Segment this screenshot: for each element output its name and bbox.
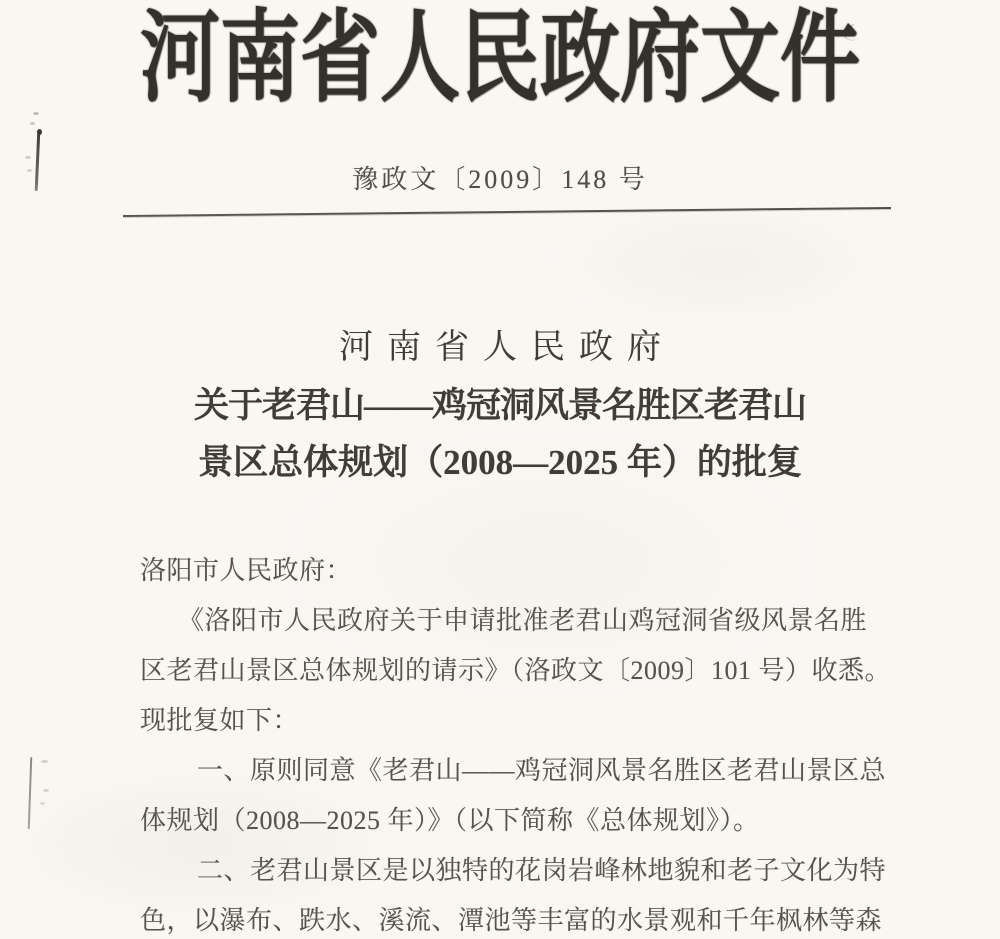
body-line: 《洛阳市人民政府关于申请批准老君山鸡冠洞省级风景名胜 — [140, 596, 890, 646]
scan-speck-artifact — [41, 760, 48, 763]
body-line: 区老君山景区总体规划的请示》（洛政文〔2009〕101 号）收悉。 — [140, 646, 890, 696]
masthead-divider-line — [123, 207, 891, 217]
scan-streak-artifact — [37, 129, 42, 135]
body-line: 体规划（2008—2025 年）》（以下简称《总体规划》）。 — [140, 796, 890, 846]
body-line: 现批复如下： — [140, 696, 890, 746]
body-line: 色，以瀑布、跌水、溪流、潭池等丰富的水景观和千年枫林等森 — [140, 896, 890, 939]
document-body: 洛阳市人民政府： 《洛阳市人民政府关于申请批准老君山鸡冠洞省级风景名胜 区老君山… — [140, 546, 890, 939]
body-line-item-1: 一、原则同意《老君山——鸡冠洞风景名胜区老君山景区总 — [140, 746, 890, 796]
body-line-salutation: 洛阳市人民政府： — [140, 546, 890, 596]
body-line-item-2: 二、老君山景区是以独特的花岗岩峰林地貌和老子文化为特 — [140, 846, 890, 896]
scanned-document-page: 河南省人民政府文件 豫政文〔2009〕148 号 河南省人民政府 关于老君山——… — [0, 0, 1000, 939]
title-subject-line-2: 景区总体规划（2008—2025 年）的批复 — [0, 441, 1000, 485]
scan-speck-artifact — [40, 802, 45, 805]
government-masthead-title: 河南省人民政府文件 — [100, 6, 900, 110]
title-issuing-authority: 河南省人民政府 — [0, 326, 1000, 370]
scan-speck-artifact — [43, 789, 49, 792]
scan-streak-artifact — [28, 757, 33, 829]
document-title-block: 河南省人民政府 关于老君山——鸡冠洞风景名胜区老君山 景区总体规划（2008—2… — [0, 326, 1000, 485]
scan-speck-artifact — [25, 156, 31, 159]
scan-speck-artifact — [30, 122, 35, 125]
scan-speck-artifact — [33, 112, 39, 115]
document-reference-number: 豫政文〔2009〕148 号 — [0, 163, 1000, 197]
title-subject-line-1: 关于老君山——鸡冠洞风景名胜区老君山 — [0, 384, 1000, 428]
